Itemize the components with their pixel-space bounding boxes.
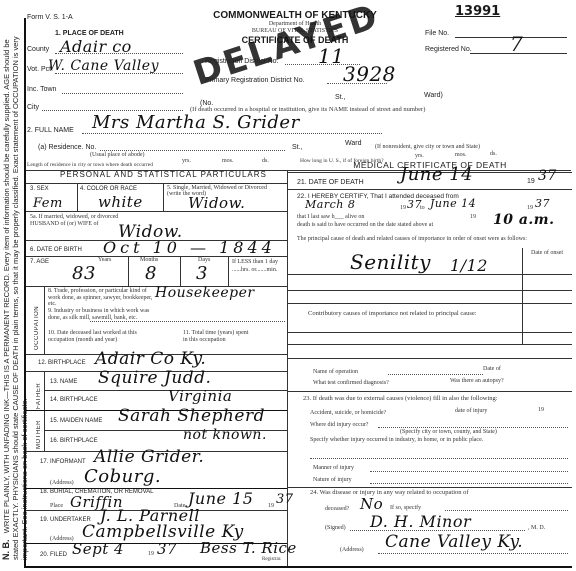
personal-section-title: PERSONAL AND STATISTICAL PARTICULARS [60, 170, 260, 179]
mother-maiden-label: 15. MAIDEN NAME [50, 418, 102, 424]
row-divider-21 [287, 189, 572, 190]
us-yrs: yrs. [415, 153, 424, 159]
injury-date-label: date of injury [455, 408, 487, 414]
registration-district-label: Registration District No. [205, 58, 279, 65]
sex-label: 3. SEX [30, 186, 49, 192]
registered-no-label: Registered No. [425, 46, 472, 53]
where-injury-label: Where did injury occur? [310, 422, 368, 428]
nature-label: Nature of injury [313, 477, 352, 483]
form-number: Form V. S. 1-A [27, 14, 73, 21]
county-label: County [27, 46, 49, 53]
st-label: St., [335, 94, 346, 101]
mother-birthplace-value: not known. [183, 427, 267, 443]
filed-year-value: 37 [157, 540, 177, 558]
mother-maiden-value: Sarah Shepherd [118, 406, 265, 426]
residence-st-label: St., [292, 144, 303, 151]
informant-address-value: Coburg. [84, 466, 161, 487]
operation-date-label: Date of [483, 366, 501, 372]
row-divider-operation [287, 391, 572, 392]
industry-line [90, 321, 285, 322]
city-line [42, 110, 183, 111]
full-name-line [82, 133, 382, 134]
form-left-border [24, 18, 26, 568]
age-months-value: 8 [145, 263, 157, 284]
color-label: 4. COLOR OR RACE [80, 186, 137, 192]
manner-label: Manner of injury [313, 465, 354, 471]
father-side-label: FATHER [36, 373, 42, 409]
contributory-line-2 [287, 344, 572, 345]
nature-line [370, 483, 568, 484]
signed-label: (Signed) [325, 525, 346, 531]
dob-value: Oct 10 — 1844 [103, 238, 276, 257]
parents-side-divider [44, 371, 45, 451]
autopsy-label: Was there an autopsy? [450, 378, 504, 384]
date-of-onset-label: Date of onset [527, 250, 567, 257]
physician-address-label: (Address) [340, 547, 364, 553]
occupation-related-label: 24. Was disease or injury in any way rel… [310, 489, 469, 496]
age-label: 7. AGE [30, 259, 49, 265]
md-label: , M. D. [528, 525, 545, 531]
contributory-line-1 [287, 332, 572, 333]
external-label: 23. If death was due to external causes … [303, 395, 568, 402]
signed-value: D. H. Minor [370, 512, 471, 531]
age-divider-2 [180, 256, 181, 286]
death-time: 10 a.m. [493, 212, 555, 228]
attended-to: June 14 [430, 197, 476, 210]
color-value: white [98, 193, 143, 211]
informant-label: 17. INFORMANT [40, 459, 86, 465]
date-of-death-label: 21. DATE OF DEATH [297, 179, 364, 186]
father-name-value: Squire Judd. [98, 368, 211, 388]
last-saw-year-prefix: 19 [470, 214, 476, 220]
date-of-death-value: June 14 [400, 164, 473, 185]
attended-to-year-prefix: 19 [527, 205, 533, 211]
total-time-label: 11. Total time (years) spent in this occ… [183, 330, 253, 343]
ward-label: Ward) [424, 92, 443, 99]
full-name-value: Mrs Martha S. Grider [92, 112, 300, 133]
primary-registration-value: 3928 [343, 62, 396, 86]
full-name-label: 2. FULL NAME [27, 127, 74, 134]
occupation-side-label: OCCUPATION [34, 290, 40, 350]
burial-place-label: Place [50, 503, 63, 509]
date-of-death-year: 37 [538, 168, 557, 184]
if-so-line [445, 510, 568, 511]
cause-intro: The principal cause of death and related… [297, 236, 567, 243]
where-injury-line [378, 427, 568, 428]
cause-value: Senility [350, 250, 431, 274]
cause-onset: 1/12 [450, 256, 488, 275]
nb-label: N. B. [1, 539, 11, 560]
filed-label: 20. FILED [40, 552, 67, 558]
sex-divider [77, 183, 78, 211]
if-so-label: If so, specify [390, 505, 421, 511]
color-divider [163, 183, 164, 211]
father-name-label: 13. NAME [50, 379, 77, 385]
us-mos: mos. [455, 152, 467, 158]
birthplace-label: 12. BIRTHPLACE [38, 360, 86, 366]
length-mos: mos. [222, 158, 234, 164]
usual-abode-note: (Usual place of abode) [90, 152, 144, 158]
row-divider-13 [44, 390, 287, 391]
filed-value: Sept 4 [72, 540, 124, 558]
father-birthplace-value: Virginia [168, 387, 232, 405]
attended-to-year: 37 [535, 197, 550, 210]
where-injury-note: (Specify city or town, county, and State… [400, 429, 497, 435]
residence-label: (a) Residence. No. [38, 144, 96, 151]
burial-year-value: 37 [276, 492, 294, 507]
informant-value: Allie Grider. [94, 447, 204, 467]
inc-town-label: Inc. Town [27, 86, 56, 93]
personal-title-divider [26, 183, 287, 184]
row-divider-23 [287, 487, 572, 488]
stamp-number: 13991 [455, 4, 500, 19]
sex-value: Fem [33, 196, 63, 211]
age-years-value: 83 [72, 263, 96, 284]
form-bottom-border [24, 566, 572, 568]
row-divider-5 [26, 211, 287, 212]
length-yrs: yrs. [182, 158, 191, 164]
length-ds: ds. [262, 158, 269, 164]
mother-side-label: MOTHER [36, 413, 42, 449]
injury-year-prefix: 19 [538, 407, 544, 413]
occupation-side-divider [44, 286, 45, 354]
burial-year-prefix: 19 [268, 503, 274, 509]
registration-district-value: 11 [318, 44, 344, 68]
residence-line [100, 150, 285, 151]
mother-birthplace-label: 16. BIRTHPLACE [50, 438, 98, 444]
residence-ward-label: Ward [345, 140, 361, 147]
age-years-label: Years [98, 257, 111, 263]
attended-from-year-prefix: 19 [400, 205, 406, 211]
physician-address-value: Cane Valley Ky. [385, 532, 523, 552]
specify-label: Specify whether injury occurred in indus… [310, 437, 570, 444]
birthplace-value: Adair Co Ky. [95, 349, 206, 369]
operation-line [388, 374, 483, 375]
death-said-label: death is said to have occurred on the da… [297, 222, 487, 229]
undertaker-address-label: (Address) [50, 536, 74, 542]
county-value: Adair co [60, 37, 132, 56]
last-worked-label: 10. Date deceased last worked at this oc… [48, 330, 138, 343]
attended-to-label: to [420, 205, 425, 211]
place-of-death-heading: 1. PLACE OF DEATH [55, 30, 124, 37]
industry-label: 9. Industry or business in which work wa… [48, 308, 158, 321]
specify-line [310, 458, 568, 459]
registrar-label: Registrar. [262, 557, 281, 562]
deceased-label: deceased? [325, 506, 349, 512]
cause-line-3 [287, 303, 572, 304]
nonresident-note: (If nonresident, give city or town and S… [375, 144, 480, 150]
marital-value: Widow. [188, 194, 245, 212]
date-of-death-year-prefix: 19 [527, 178, 535, 185]
attended-from: March 8 [305, 198, 355, 211]
operation-label: Name of operation [313, 369, 358, 375]
registrar-value: Bess T. Rice [200, 539, 297, 557]
trade-value: Housekeeper [155, 285, 255, 301]
less-than-label: If LESS than 1 day ......hrs. or.......m… [232, 258, 286, 274]
vot-value: W. Cane Valley [48, 58, 159, 74]
dob-label: 6. DATE OF BIRTH [30, 247, 82, 253]
father-birthplace-label: 14. BIRTHPLACE [50, 397, 98, 403]
last-saw-label: that I last saw h___ alive on [297, 214, 364, 220]
age-divider-1 [128, 256, 129, 286]
cause-line-1 [287, 274, 572, 275]
manner-line [370, 471, 568, 472]
age-divider-3 [228, 256, 229, 286]
accident-label: Accident, suicide, or homicide? [310, 410, 386, 416]
city-label: City [27, 104, 39, 111]
physician-address-line [378, 553, 568, 554]
cause-line-2 [287, 290, 572, 291]
test-label: What test confirmed diagnosis? [313, 380, 389, 386]
length-residence-label: Length of residence in city or town wher… [27, 162, 153, 168]
onset-column-divider [522, 248, 523, 344]
contributory-label: Contributory causes of importance not re… [308, 310, 508, 317]
file-no-label: File No. [425, 30, 449, 37]
deceased-value: No [360, 495, 383, 513]
primary-registration-label: Primary Registration District No. [205, 77, 305, 84]
filed-year-prefix: 19 [148, 551, 154, 557]
us-ds: ds. [490, 151, 497, 157]
age-days-value: 3 [196, 263, 208, 284]
registered-no-value: 7 [510, 32, 523, 56]
informant-address-label: (Address) [50, 480, 74, 486]
contributory-line-3 [287, 358, 572, 359]
trade-label: 8. Trade, profession, or particular kind… [48, 288, 158, 308]
inc-town-line [62, 93, 183, 94]
